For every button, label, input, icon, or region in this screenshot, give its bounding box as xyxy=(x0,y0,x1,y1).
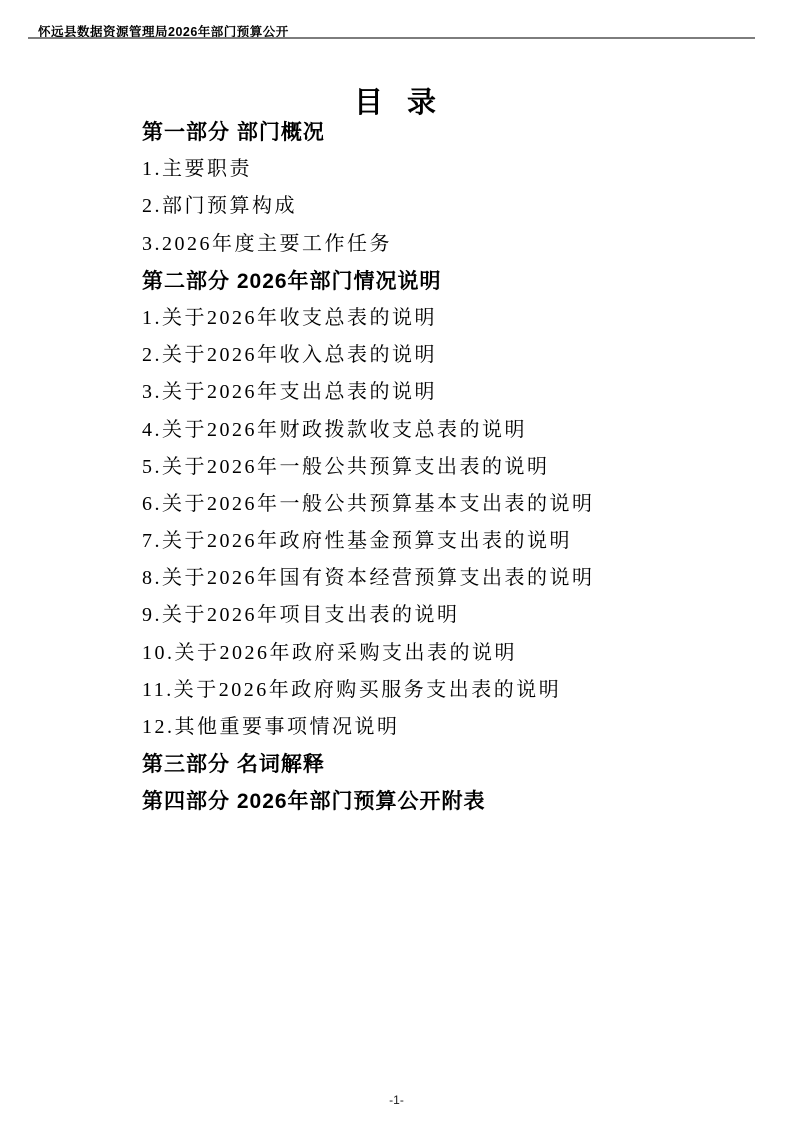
toc-item: 5.关于2026年一般公共预算支出表的说明 xyxy=(142,449,595,486)
toc-item: 7.关于2026年政府性基金预算支出表的说明 xyxy=(142,523,595,560)
toc-section-heading: 第二部分 2026年部门情况说明 xyxy=(142,263,595,300)
toc-item: 8.关于2026年国有资本经营预算支出表的说明 xyxy=(142,560,595,597)
toc-item: 11.关于2026年政府购买服务支出表的说明 xyxy=(142,672,595,709)
toc-item: 9.关于2026年项目支出表的说明 xyxy=(142,597,595,634)
toc-item: 6.关于2026年一般公共预算基本支出表的说明 xyxy=(142,486,595,523)
toc-item: 12.其他重要事项情况说明 xyxy=(142,709,595,746)
toc-item: 3.关于2026年支出总表的说明 xyxy=(142,374,595,411)
toc-section-heading: 第一部分 部门概况 xyxy=(142,114,595,151)
toc-section-heading: 第四部分 2026年部门预算公开附表 xyxy=(142,783,595,820)
toc-item: 1.主要职责 xyxy=(142,151,595,188)
toc-item: 2.关于2026年收入总表的说明 xyxy=(142,337,595,374)
page-number: -1- xyxy=(389,1093,404,1107)
toc-item: 4.关于2026年财政拨款收支总表的说明 xyxy=(142,412,595,449)
page-footer: -1- xyxy=(0,1093,793,1107)
toc-item: 1.关于2026年收支总表的说明 xyxy=(142,300,595,337)
toc-section-heading: 第三部分 名词解释 xyxy=(142,746,595,783)
toc-list: 第一部分 部门概况1.主要职责2.部门预算构成3.2026年度主要工作任务第二部… xyxy=(142,114,595,821)
header-rule xyxy=(28,37,755,39)
document-page: 怀远县数据资源管理局2026年部门预算公开 目 录 第一部分 部门概况1.主要职… xyxy=(0,0,793,1122)
toc-item: 10.关于2026年政府采购支出表的说明 xyxy=(142,635,595,672)
toc-item: 2.部门预算构成 xyxy=(142,188,595,225)
toc-item: 3.2026年度主要工作任务 xyxy=(142,226,595,263)
